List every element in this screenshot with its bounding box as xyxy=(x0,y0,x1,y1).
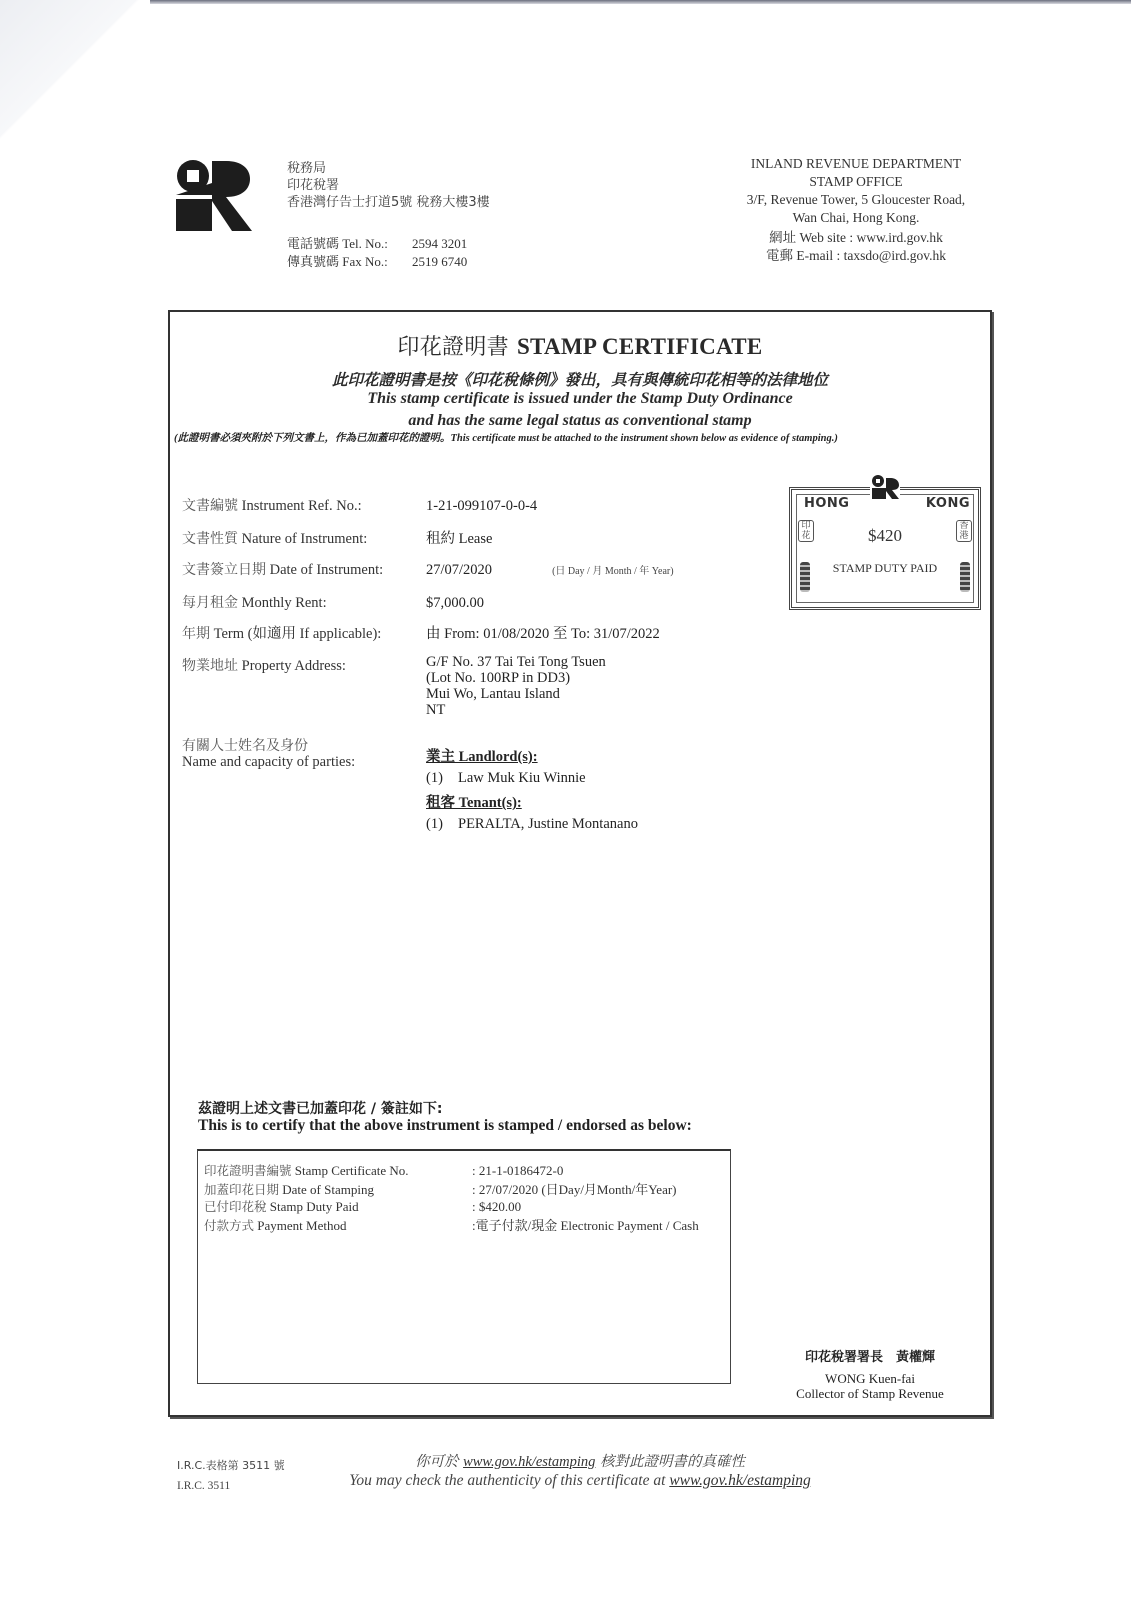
date-of-stamping: : 27/07/2020 (日Day/月Month/年Year) xyxy=(472,1182,677,1197)
scan-shadow xyxy=(0,0,150,190)
label-cn: 印花證明書編號 xyxy=(204,1163,292,1178)
ird-mini-logo-icon xyxy=(870,474,900,500)
date-value: 27/07/2020 xyxy=(426,562,492,578)
fax-value: 2519 6740 xyxy=(412,254,467,269)
landlord-item: (1)Law Muk Kiu Winnie xyxy=(426,770,638,787)
endorsement-row: 加蓋印花日期 Date of Stamping: 27/07/2020 (日Da… xyxy=(204,1179,677,1198)
label-en: Date of Instrument: xyxy=(270,562,384,578)
landlord-heading: 業主 Landlord(s): xyxy=(426,745,638,766)
label-en: Nature of Instrument: xyxy=(242,531,368,547)
field-nature: 文書性質 Nature of Instrument:租約 Lease xyxy=(182,527,492,548)
department-address: INLAND REVENUE DEPARTMENT STAMP OFFICE 3… xyxy=(726,155,986,265)
authenticity-note-en: You may check the authenticity of this c… xyxy=(300,1472,860,1490)
label-cn: 已付印花稅 xyxy=(204,1199,267,1214)
endorsement-row: 已付印花稅 Stamp Duty Paid: $420.00 xyxy=(204,1197,521,1215)
ird-logo-icon xyxy=(176,159,252,231)
label-cn: 年期 xyxy=(182,626,210,642)
address-line: Wan Chai, Hong Kong. xyxy=(726,209,986,227)
title-en: STAMP CERTIFICATE xyxy=(517,334,763,359)
instrument-ref-value: 1-21-099107-0-0-4 xyxy=(426,498,537,514)
address-line: G/F No. 37 Tai Tei Tong Tsuen xyxy=(426,654,606,670)
note-suffix: 核對此證明書的真確性 xyxy=(595,1454,745,1470)
label-cn: 付款方式 xyxy=(204,1218,254,1233)
parties-list: 業主 Landlord(s): (1)Law Muk Kiu Winnie 租客… xyxy=(426,745,638,837)
address-line: NT xyxy=(426,702,606,718)
tel-label: 電話號碼 Tel. No.: xyxy=(287,235,412,253)
date-format-note: (日 Day / 月 Month / 年 Year) xyxy=(552,566,673,577)
email: 電郵 E-mail : taxsdo@ird.gov.hk xyxy=(726,247,986,265)
office-name: STAMP OFFICE xyxy=(726,173,986,191)
label-en: Payment Method xyxy=(257,1218,346,1233)
form-number-cn: I.R.C.表格第 3511 號 xyxy=(177,1456,285,1476)
label-cn: 文書編號 xyxy=(182,498,238,514)
signatory-title-en: Collector of Stamp Revenue xyxy=(770,1386,970,1401)
field-term: 年期 Term (如適用 If applicable):由 From: 01/0… xyxy=(182,622,660,643)
stamp-duty-paid: : $420.00 xyxy=(472,1199,521,1214)
label-cn: 加蓋印花日期 xyxy=(204,1182,279,1197)
label-cn: 物業地址 xyxy=(182,658,238,674)
label-en: Term (如適用 If applicable): xyxy=(214,626,382,642)
dept-name: INLAND REVENUE DEPARTMENT xyxy=(726,155,986,173)
tel-value: 2594 3201 xyxy=(412,236,467,251)
field-address-label: 物業地址 Property Address: xyxy=(182,655,426,675)
scan-edge xyxy=(150,0,1131,4)
label-en: Date of Stamping xyxy=(282,1182,374,1197)
org-line: 香港灣仔告士打道5號 稅務大樓3樓 xyxy=(287,194,490,211)
estamping-link[interactable]: www.gov.hk/estamping xyxy=(463,1454,595,1470)
org-name-cn: 稅務局 印花稅署 香港灣仔告士打道5號 稅務大樓3樓 xyxy=(287,160,490,211)
subtitle-en-line2: and has the same legal status as convent… xyxy=(168,412,992,430)
stamp-hong: HONG xyxy=(804,496,849,511)
form-number-en: I.R.C. 3511 xyxy=(177,1476,285,1496)
note-prefix: You may check the authenticity of this c… xyxy=(349,1472,669,1489)
certify-heading-cn: 茲證明上述文書已加蓋印花 / 簽註如下: xyxy=(198,1098,442,1118)
estamping-link[interactable]: www.gov.hk/estamping xyxy=(669,1472,811,1489)
label-cn: 文書簽立日期 xyxy=(182,562,266,578)
authenticity-note-cn: 你可於 www.gov.hk/estamping 核對此證明書的真確性 xyxy=(300,1450,860,1471)
property-address: G/F No. 37 Tai Tei Tong Tsuen (Lot No. 1… xyxy=(426,654,606,718)
field-monthly-rent: 每月租金 Monthly Rent:$7,000.00 xyxy=(182,592,484,612)
nature-value: 租約 Lease xyxy=(426,531,492,547)
payment-method: :電子付款/現金 Electronic Payment / Cash xyxy=(472,1218,699,1233)
endorsement-row: 印花證明書編號 Stamp Certificate No.: 21-1-0186… xyxy=(204,1161,563,1179)
label-en: Property Address: xyxy=(242,658,346,674)
label-en: Monthly Rent: xyxy=(242,595,327,611)
endorsement-row: 付款方式 Payment Method:電子付款/現金 Electronic P… xyxy=(204,1215,699,1234)
subtitle-cn: 此印花證明書是按《印花稅條例》發出，具有與傳統印花相等的法律地位 xyxy=(168,368,992,390)
certificate-title: 印花證明書STAMP CERTIFICATE xyxy=(168,330,992,361)
label-en: Stamp Certificate No. xyxy=(295,1163,409,1178)
label-cn: 有關人士姓名及身份 xyxy=(182,738,355,754)
org-line: 稅務局 xyxy=(287,160,490,177)
parties-label: 有關人士姓名及身份 Name and capacity of parties: xyxy=(182,738,355,770)
org-line: 印花稅署 xyxy=(287,177,490,194)
party-name: Law Muk Kiu Winnie xyxy=(458,770,586,786)
certify-heading-en: This is to certify that the above instru… xyxy=(198,1117,692,1135)
address-line: (Lot No. 100RP in DD3) xyxy=(426,670,606,686)
label-cn: 每月租金 xyxy=(182,595,238,611)
decor-coil-icon xyxy=(960,562,970,592)
rent-value: $7,000.00 xyxy=(426,595,484,611)
note-prefix: 你可於 xyxy=(415,1454,463,1470)
subtitle-en-line1: This stamp certificate is issued under t… xyxy=(168,390,992,408)
party-index: (1) xyxy=(426,770,458,787)
signatory-block: 印花稅署署長 黃權輝 WONG Kuen-fai Collector of St… xyxy=(770,1346,970,1401)
attachment-note: (此證明書必須夾附於下列文書上，作為已加蓋印花的證明。This certific… xyxy=(174,430,994,445)
label-cn: 文書性質 xyxy=(182,531,238,547)
fax-label: 傳真號碼 Fax No.: xyxy=(287,253,412,271)
stamp-certificate-no: : 21-1-0186472-0 xyxy=(472,1163,563,1178)
stamp-caption: STAMP DUTY PAID xyxy=(792,561,978,576)
tenant-heading: 租客 Tenant(s): xyxy=(426,791,638,812)
stamp-kong: KONG xyxy=(926,496,970,511)
label-en: Stamp Duty Paid xyxy=(270,1199,359,1214)
stamp-duty-paid-stamp: HONG KONG 印花 香港 $420 STAMP DUTY PAID xyxy=(789,487,981,610)
tenant-item: (1)PERALTA, Justine Montanano xyxy=(426,816,638,833)
party-name: PERALTA, Justine Montanano xyxy=(458,816,638,832)
field-instrument-ref: 文書編號 Instrument Ref. No.:1-21-099107-0-0… xyxy=(182,495,537,515)
stamp-amount: $420 xyxy=(792,526,978,546)
form-number: I.R.C.表格第 3511 號 I.R.C. 3511 xyxy=(177,1456,285,1496)
address-line: 3/F, Revenue Tower, 5 Gloucester Road, xyxy=(726,191,986,209)
signatory-title-cn: 印花稅署署長 黃權輝 xyxy=(770,1346,970,1365)
website: 網址 Web site : www.ird.gov.hk xyxy=(726,229,986,247)
address-line: Mui Wo, Lantau Island xyxy=(426,686,606,702)
label-en: Name and capacity of parties: xyxy=(182,754,355,770)
label-en: Instrument Ref. No.: xyxy=(242,498,362,514)
title-cn: 印花證明書 xyxy=(397,335,509,360)
term-value: 由 From: 01/08/2020 至 To: 31/07/2022 xyxy=(426,626,660,642)
contact-block: 電話號碼 Tel. No.:2594 3201 傳真號碼 Fax No.:251… xyxy=(287,235,467,271)
signatory-name: WONG Kuen-fai xyxy=(770,1371,970,1386)
decor-coil-icon xyxy=(800,562,810,592)
field-date: 文書簽立日期 Date of Instrument:27/07/2020(日 D… xyxy=(182,559,674,579)
party-index: (1) xyxy=(426,816,458,833)
endorsement-box: 印花證明書編號 Stamp Certificate No.: 21-1-0186… xyxy=(197,1149,731,1384)
